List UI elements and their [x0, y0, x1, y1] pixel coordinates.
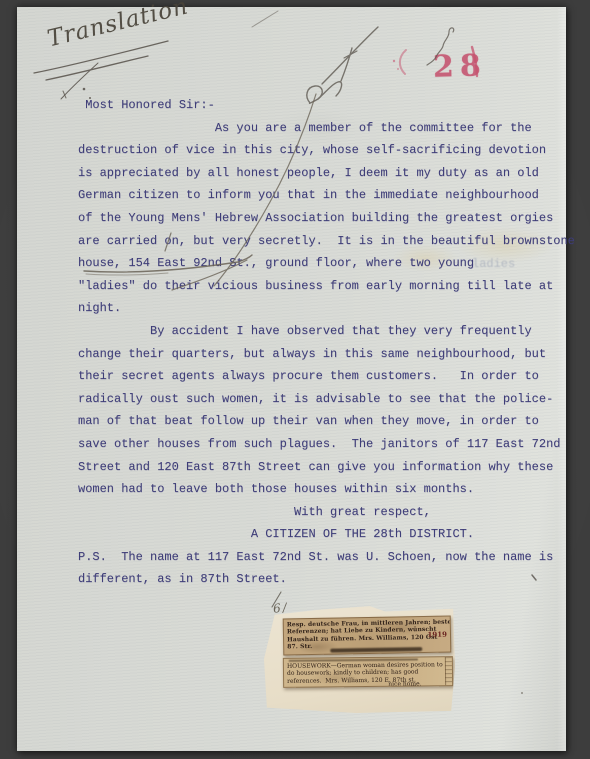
pencil-scribble	[307, 27, 378, 103]
newspaper-clipping-english: HOUSEWORK—German woman desires position …	[283, 656, 453, 688]
clipping-backing-paper: Resp. deutsche Frau, in mittleren Jahren…	[263, 605, 457, 713]
column-edge-fragment	[445, 657, 452, 685]
letter-body: Most Honored Sir:- As you are a member o…	[78, 94, 575, 591]
letter-page: Translation 28 Most Honored Sir:- As you…	[17, 7, 566, 751]
ink-smudge	[331, 647, 422, 653]
top-edge-tick	[252, 11, 278, 27]
salutation-tick	[63, 91, 66, 98]
year-stamp: 1919	[427, 630, 447, 639]
newspaper-clipping-german: Resp. deutsche Frau, in mittleren Jahren…	[283, 616, 452, 656]
scan-backdrop: Translation 28 Most Honored Sir:- As you…	[0, 0, 590, 759]
archive-number-stamp: 28	[433, 48, 488, 84]
partial-line-fragment: nice home,	[388, 680, 421, 685]
translation-annotation: Translation	[45, 0, 191, 52]
pencil-specks	[521, 575, 536, 694]
catalog-mark: 6/	[272, 600, 289, 616]
